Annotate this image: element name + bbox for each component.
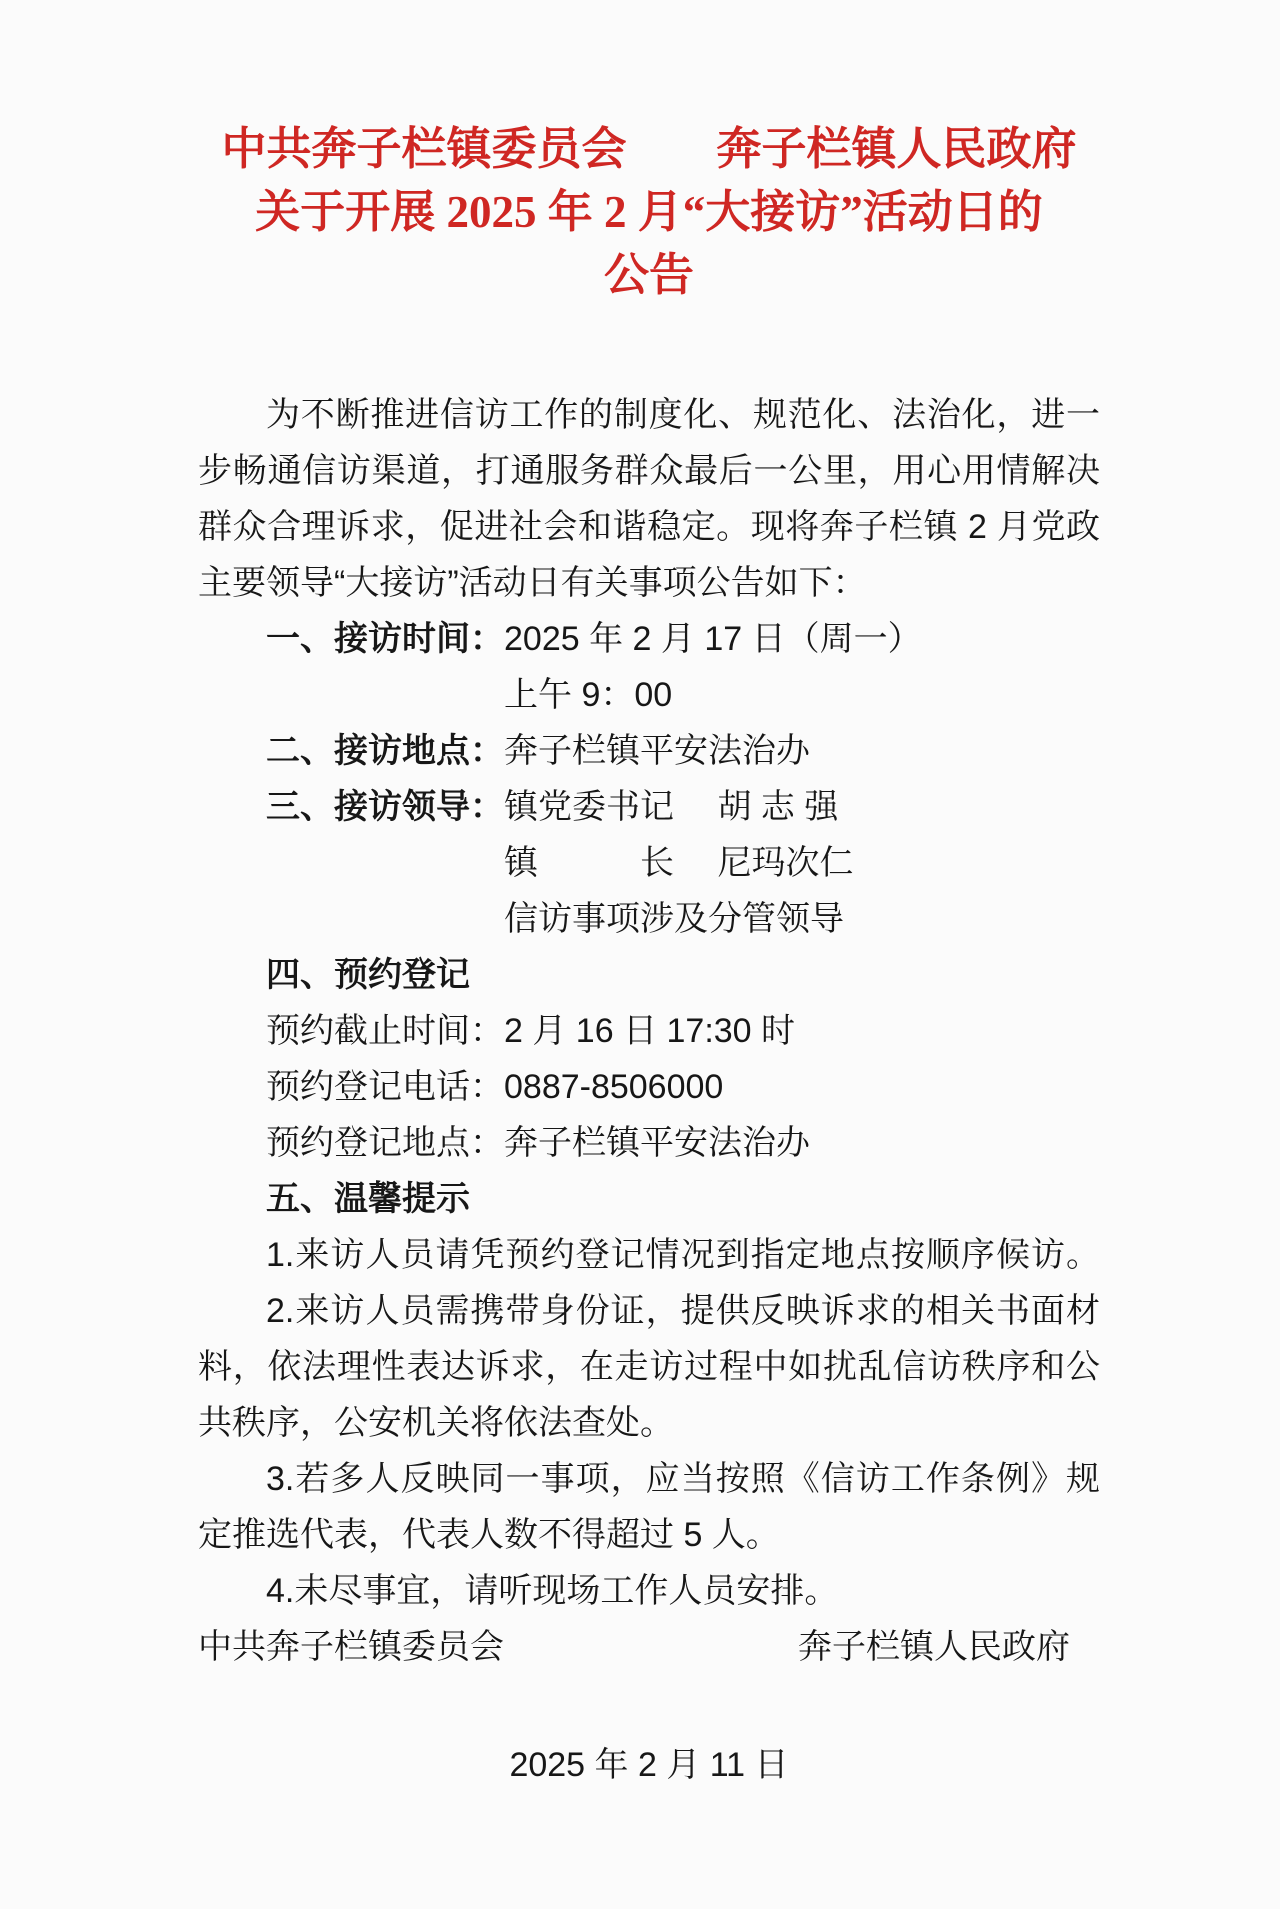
title-line-notice-type: 公告: [198, 244, 1100, 307]
tip-2-line-2: 料，依法理性表达诉求，在走访过程中如扰乱信访秩序和公: [198, 1339, 1100, 1395]
announcement-document: 中共奔子栏镇委员会 奔子栏镇人民政府 关于开展 2025 年 2 月“大接访”活…: [0, 0, 1280, 1909]
intro-line-2: 步畅通信访渠道，打通服务群众最后一公里，用心用情解决: [198, 443, 1100, 499]
tip-2-line-1: 2.来访人员需携带身份证，提供反映诉求的相关书面材: [198, 1283, 1100, 1339]
reception-leaders-value-3: 信访事项涉及分管领导: [198, 891, 1100, 947]
reception-time-value: 2025 年 2 月 17 日（周一）: [504, 620, 922, 658]
tip-1: 1.来访人员请凭预约登记情况到指定地点按顺序候访。: [198, 1227, 1100, 1283]
signature-government: 奔子栏镇人民政府: [798, 1619, 1070, 1675]
registration-deadline-value: 2 月 16 日 17:30 时: [504, 1012, 795, 1050]
document-title: 中共奔子栏镇委员会 奔子栏镇人民政府 关于开展 2025 年 2 月“大接访”活…: [198, 118, 1100, 307]
registration-phone-label: 预约登记电话：: [266, 1068, 504, 1106]
reception-time-value-2: 上午 9：00: [198, 667, 1100, 723]
reception-leaders-value-2: 镇 长 尼玛次仁: [198, 835, 1100, 891]
reception-leaders-label: 三、接访领导：: [266, 788, 504, 826]
reception-place-value: 奔子栏镇平安法治办: [504, 732, 810, 770]
tip-4: 4.未尽事宜，请听现场工作人员安排。: [198, 1563, 1100, 1619]
reception-place-label: 二、接访地点：: [266, 732, 504, 770]
registration-phone-value: 0887-8506000: [504, 1068, 723, 1106]
intro-line-1: 为不断推进信访工作的制度化、规范化、法治化，进一: [198, 387, 1100, 443]
section-tips-header: 五、温馨提示: [198, 1171, 1100, 1227]
registration-deadline-label: 预约截止时间：: [266, 1012, 504, 1050]
registration-place-value: 奔子栏镇平安法治办: [504, 1124, 810, 1162]
intro-line-3: 群众合理诉求，促进社会和谐稳定。现将奔子栏镇 2 月党政: [198, 499, 1100, 555]
title-line-subject: 关于开展 2025 年 2 月“大接访”活动日的: [198, 181, 1100, 244]
registration-deadline: 预约截止时间：2 月 16 日 17:30 时: [198, 1003, 1100, 1059]
registration-phone: 预约登记电话：0887-8506000: [198, 1059, 1100, 1115]
reception-time-label: 一、接访时间：: [266, 620, 504, 658]
signature-row: 中共奔子栏镇委员会 奔子栏镇人民政府: [198, 1619, 1100, 1675]
item-reception-leaders: 三、接访领导：镇党委书记 胡 志 强: [198, 779, 1100, 835]
registration-place: 预约登记地点：奔子栏镇平安法治办: [198, 1115, 1100, 1171]
item-reception-place: 二、接访地点：奔子栏镇平安法治办: [198, 723, 1100, 779]
tip-2-line-3: 共秩序，公安机关将依法查处。: [198, 1395, 1100, 1451]
document-date: 2025 年 2 月 11 日: [198, 1737, 1100, 1793]
signature-committee: 中共奔子栏镇委员会: [198, 1619, 504, 1675]
reception-leaders-value-1: 镇党委书记 胡 志 强: [504, 788, 838, 826]
tip-3-line-2: 定推选代表，代表人数不得超过 5 人。: [198, 1507, 1100, 1563]
tip-3-line-1: 3.若多人反映同一事项，应当按照《信访工作条例》规: [198, 1451, 1100, 1507]
registration-place-label: 预约登记地点：: [266, 1124, 504, 1162]
document-body: 为不断推进信访工作的制度化、规范化、法治化，进一 步畅通信访渠道，打通服务群众最…: [198, 387, 1100, 1793]
intro-line-4: 主要领导“大接访”活动日有关事项公告如下：: [198, 555, 1100, 611]
title-line-organizations: 中共奔子栏镇委员会 奔子栏镇人民政府: [198, 118, 1100, 181]
section-registration-header: 四、预约登记: [198, 947, 1100, 1003]
item-reception-time: 一、接访时间：2025 年 2 月 17 日（周一）: [198, 611, 1100, 667]
